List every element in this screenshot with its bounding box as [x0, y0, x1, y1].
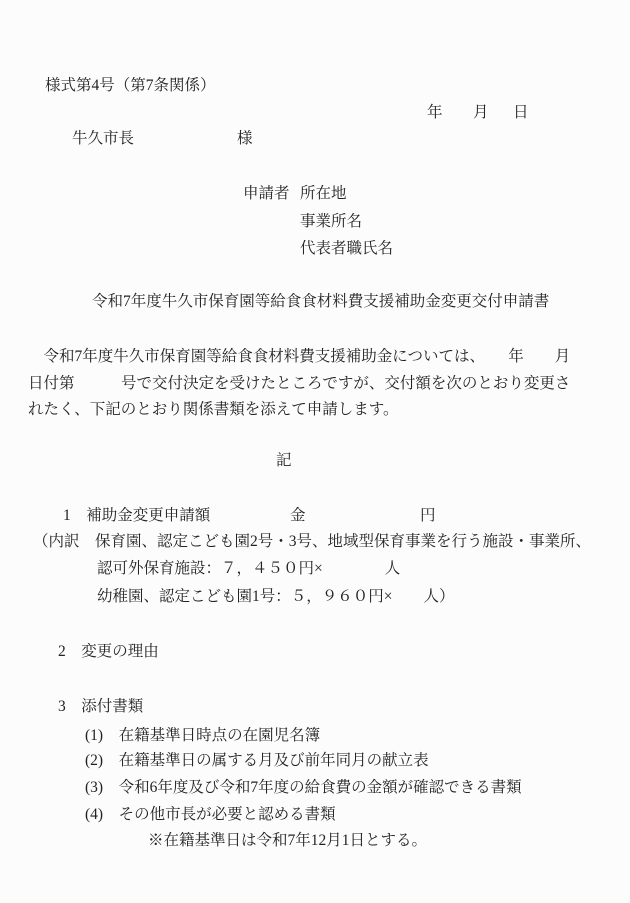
item1-label: 1 補助金変更申請額 [63, 507, 210, 524]
applicant-address-label: 所在地 [300, 185, 347, 202]
attachment-item-3: (3) 令和6年度及び令和7年度の給食費の金額が確認できる書類 [85, 779, 522, 796]
item1-breakdown-line-2: 認可外保育施設：７，４５０円× 人 [97, 560, 400, 577]
attachment-item-2: (2) 在籍基準日の属する月及び前年同月の献立表 [85, 752, 429, 769]
item1-breakdown-line-3: 幼稚園、認定こども園1号：５，９６０円× 人） [97, 588, 455, 605]
item1-breakdown-line-1: （内訳 保育園、認定こども園2号・3号、地域型保育事業を行う施設・事業所、 [33, 533, 591, 550]
body-line-2: 日付第 号で交付決定を受けたところですが、交付額を次のとおり変更さ [28, 375, 570, 392]
document-title: 令和7年度牛久市保育園等給食食材料費支援補助金変更交付申請書 [92, 293, 549, 310]
addressee-name: 牛久市長 [72, 130, 134, 147]
body-line-1: 令和7年度牛久市保育園等給食食材料費支援補助金については、 年 月 [28, 348, 570, 365]
form-number: 様式第4号（第7条関係） [45, 77, 216, 94]
date-year-label: 年 [427, 104, 443, 121]
date-month-label: 月 [473, 104, 489, 121]
applicant-label: 申請者 [243, 185, 290, 202]
item2-label: 2 変更の理由 [58, 643, 159, 660]
applicant-representative-label: 代表者職氏名 [300, 240, 393, 257]
attachment-item-1: (1) 在籍基準日時点の在園児名簿 [85, 727, 320, 744]
addressee-honorific: 様 [237, 130, 253, 147]
body-line-3: れたく、下記のとおり関係書類を添えて申請します。 [28, 401, 398, 418]
item3-label: 3 添付書類 [58, 698, 143, 715]
date-day-label: 日 [513, 104, 529, 121]
document-page: 様式第4号（第7条関係） 年 月 日 牛久市長 様 申請者 所在地 事業所名 代… [0, 0, 630, 903]
attachment-item-4: (4) その他市長が必要と認める書類 [85, 806, 336, 823]
reference-date-note: ※在籍基準日は令和7年12月1日とする。 [148, 832, 427, 849]
amount-yen-suffix: 円 [420, 507, 436, 524]
applicant-office-label: 事業所名 [300, 213, 362, 230]
record-marker: 記 [276, 452, 292, 469]
amount-yen-prefix: 金 [290, 507, 306, 524]
